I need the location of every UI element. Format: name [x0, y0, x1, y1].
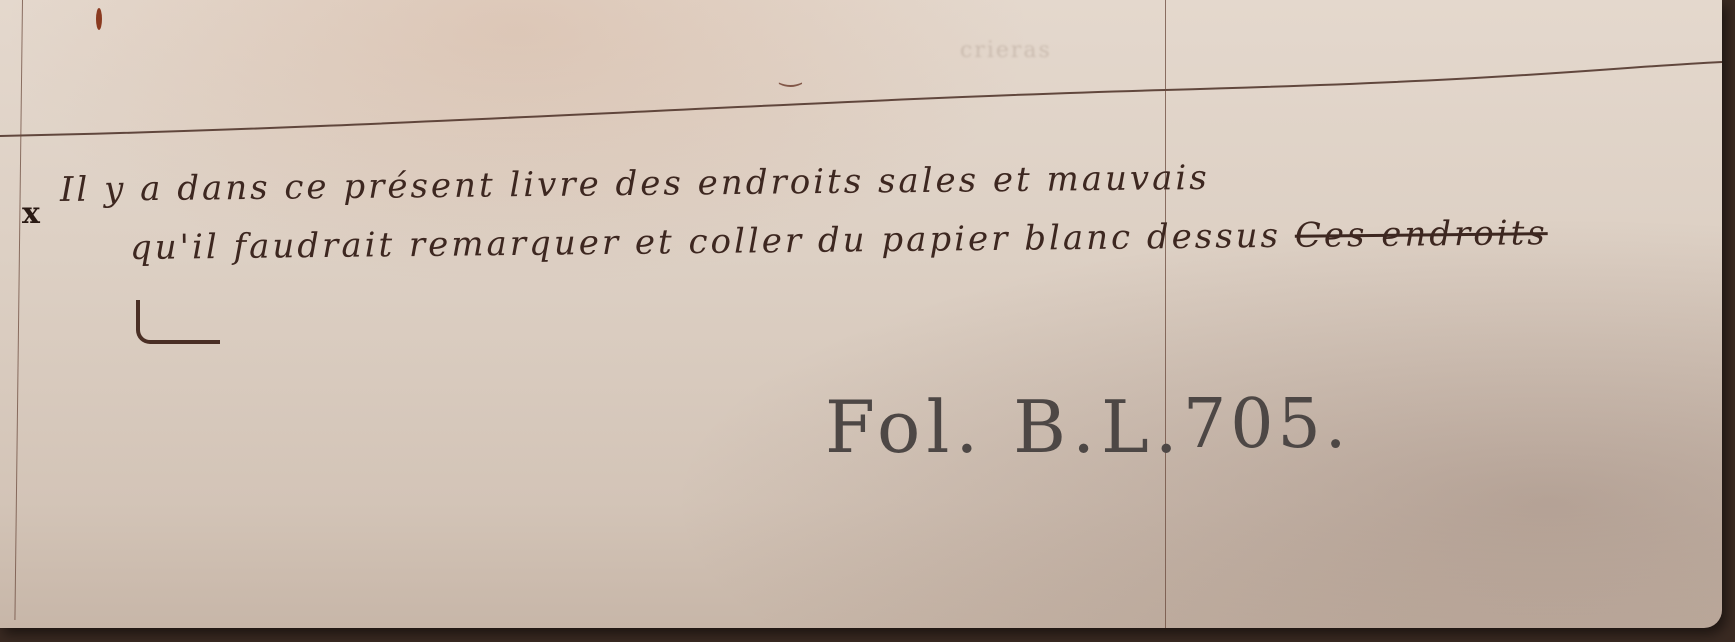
center-column-rule: [1165, 0, 1166, 628]
left-margin-rule: [14, 0, 23, 620]
annotation-marker: x: [22, 196, 40, 231]
ink-stain: [96, 8, 102, 30]
struck-through-text: Ces endroits: [1295, 213, 1548, 256]
insertion-bracket-mark: [136, 300, 220, 344]
note-line-1-text: Il y a dans ce présent livre des endroit…: [60, 158, 1210, 210]
stray-ink-mark: ‿: [780, 58, 803, 88]
ruled-horizontal-line: [0, 0, 1722, 160]
manuscript-page: crieras ‿ x Il y a dans ce présent livre…: [0, 0, 1722, 628]
handwritten-note-line-2: qu'il faudrait remarquer et coller du pa…: [130, 213, 1548, 268]
shelfmark-number: 705.: [1183, 385, 1350, 464]
shelfmark-prefix: Fol. B.L.: [825, 385, 1184, 469]
bleed-through-text: crieras: [960, 38, 1052, 63]
handwritten-note-line-1: Il y a dans ce présent livre des endroit…: [60, 158, 1210, 210]
note-line-2-text: qu'il faudrait remarquer et coller du pa…: [130, 216, 1281, 268]
